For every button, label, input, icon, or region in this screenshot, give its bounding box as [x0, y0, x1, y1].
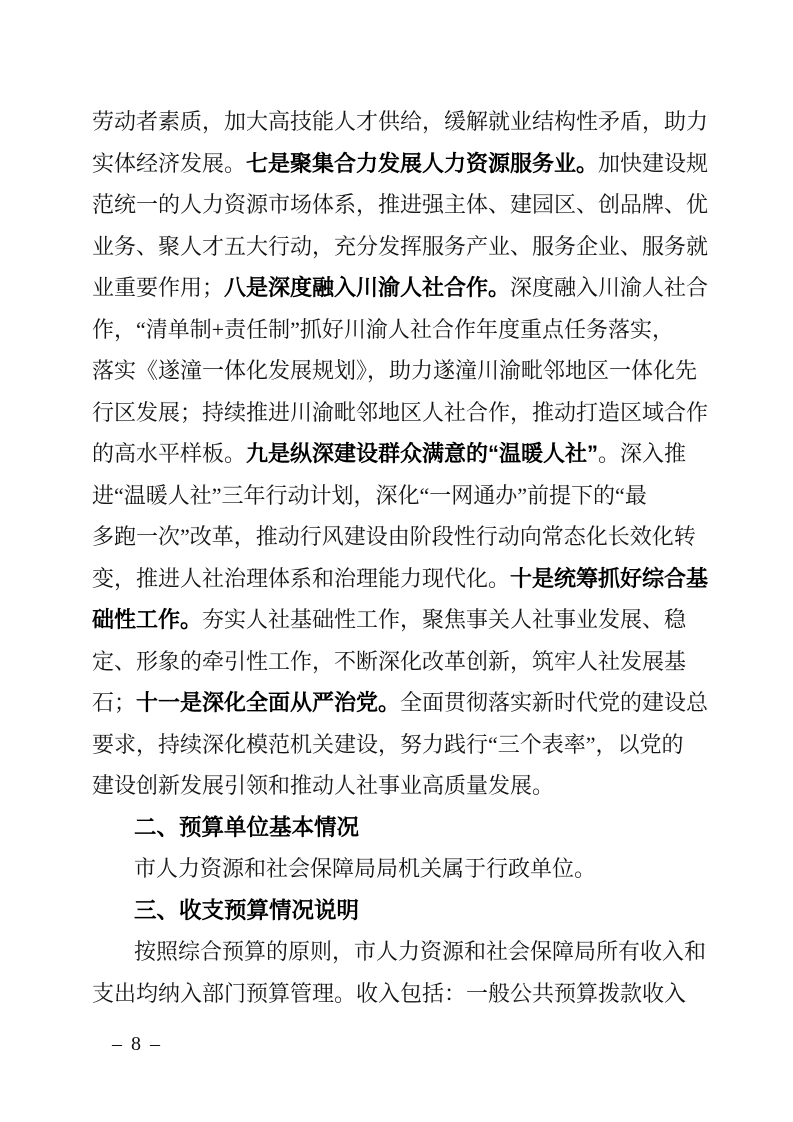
bold-text-segment: 十是统筹抓好综合基: [510, 566, 708, 591]
text-segment: 行区发展；持续推进川渝毗邻地区人社合作，推动打造区域合作: [92, 400, 708, 425]
text-segment: 落实《遂潼一体化发展规划》，助力遂潼川渝毗邻地区一体化先: [92, 358, 697, 383]
bold-text-segment: 二、预算单位基本情况: [134, 815, 359, 840]
text-line: 实体经济发展。七是聚集合力发展人力资源服务业。加快建设规: [92, 143, 718, 185]
section-heading: 三、收支预算情况说明: [92, 890, 718, 932]
text-line: 业重要作用；八是深度融入川渝人社合作。深度融入川渝人社合: [92, 267, 718, 309]
text-segment: 范统一的人力资源市场体系，推进强主体、建园区、创品牌、优: [92, 192, 708, 217]
text-segment: 业重要作用；: [92, 275, 224, 300]
text-segment: 定、形象的牵引性工作，不断深化改革创新，筑牢人社发展基: [92, 649, 686, 674]
bold-text-segment: 七是聚集合力发展人力资源服务业。: [246, 151, 598, 176]
text-segment: 市人力资源和社会保障局局机关属于行政单位。: [134, 856, 596, 881]
text-segment: 支出均纳入部门预算管理。收入包括：一般公共预算拨款收入: [92, 981, 686, 1006]
text-segment: 劳动者素质，加大高技能人才供给，缓解就业结构性矛盾，助力: [92, 109, 708, 134]
text-segment: 全面贯彻落实新时代党的建设总: [400, 690, 708, 715]
text-segment: 作，“清单制+责任制”抓好川渝人社合作年度重点任务落实，: [92, 317, 674, 342]
text-line: 变，推进人社治理体系和治理能力现代化。十是统筹抓好综合基: [92, 558, 718, 600]
text-segment: 变，推进人社治理体系和治理能力现代化。: [92, 566, 510, 591]
text-segment: 深度融入川渝人社合: [510, 275, 708, 300]
text-line: 业务、聚人才五大行动，充分发挥服务产业、服务企业、服务就: [92, 226, 718, 268]
bold-text-segment: 三、收支预算情况说明: [134, 898, 359, 923]
text-segment: 加快建设规: [598, 151, 708, 176]
text-line: 市人力资源和社会保障局局机关属于行政单位。: [92, 848, 718, 890]
text-line: 的高水平样板。九是纵深建设群众满意的“温暖人社”。深入推: [92, 433, 718, 475]
bold-text-segment: 础性工作。: [92, 607, 202, 632]
text-segment: 石；: [92, 690, 136, 715]
text-segment: 业务、聚人才五大行动，充分发挥服务产业、服务企业、服务就: [92, 234, 708, 259]
page-number: – 8 –: [112, 1030, 162, 1058]
text-line: 要求，持续深化模范机关建设，努力践行“三个表率”，以党的: [92, 724, 718, 766]
text-segment: 。深入推: [598, 441, 686, 466]
text-line: 建设创新发展引领和推动人社事业高质量发展。: [92, 765, 718, 807]
bold-text-segment: 九是纵深建设群众满意的“温暖人社”: [246, 441, 598, 466]
bold-text-segment: 十一是深化全面从严治党。: [136, 690, 400, 715]
text-line: 石；十一是深化全面从严治党。全面贯彻落实新时代党的建设总: [92, 682, 718, 724]
text-segment: 要求，持续深化模范机关建设，努力践行“三个表率”，以党的: [92, 732, 684, 757]
text-segment: 的高水平样板。: [92, 441, 246, 466]
section-heading: 二、预算单位基本情况: [92, 807, 718, 849]
text-line: 劳动者素质，加大高技能人才供给，缓解就业结构性矛盾，助力: [92, 101, 718, 143]
text-segment: 进“温暖人社”三年行动计划，深化“一网通办”前提下的“最: [92, 483, 647, 508]
text-segment: 按照综合预算的原则，市人力资源和社会保障局所有收入和: [134, 939, 706, 964]
text-line: 范统一的人力资源市场体系，推进强主体、建园区、创品牌、优: [92, 184, 718, 226]
text-segment: 实体经济发展。: [92, 151, 246, 176]
text-line: 支出均纳入部门预算管理。收入包括：一般公共预算拨款收入: [92, 973, 718, 1015]
document-body: 劳动者素质，加大高技能人才供给，缓解就业结构性矛盾，助力实体经济发展。七是聚集合…: [92, 101, 718, 1014]
text-line: 多跑一次”改革，推动行风建设由阶段性行动向常态化长效化转: [92, 516, 718, 558]
text-line: 按照综合预算的原则，市人力资源和社会保障局所有收入和: [92, 931, 718, 973]
text-segment: 多跑一次”改革，推动行风建设由阶段性行动向常态化长效化转: [92, 524, 696, 549]
text-line: 定、形象的牵引性工作，不断深化改革创新，筑牢人社发展基: [92, 641, 718, 683]
text-segment: 夯实人社基础性工作，聚焦事关人社事业发展、稳: [202, 607, 686, 632]
text-segment: 建设创新发展引领和推动人社事业高质量发展。: [92, 773, 554, 798]
text-line: 作，“清单制+责任制”抓好川渝人社合作年度重点任务落实，: [92, 309, 718, 351]
text-line: 进“温暖人社”三年行动计划，深化“一网通办”前提下的“最: [92, 475, 718, 517]
document-page: 劳动者素质，加大高技能人才供给，缓解就业结构性矛盾，助力实体经济发展。七是聚集合…: [0, 0, 793, 1122]
bold-text-segment: 八是深度融入川渝人社合作。: [224, 275, 510, 300]
text-line: 础性工作。夯实人社基础性工作，聚焦事关人社事业发展、稳: [92, 599, 718, 641]
text-line: 行区发展；持续推进川渝毗邻地区人社合作，推动打造区域合作: [92, 392, 718, 434]
text-line: 落实《遂潼一体化发展规划》，助力遂潼川渝毗邻地区一体化先: [92, 350, 718, 392]
